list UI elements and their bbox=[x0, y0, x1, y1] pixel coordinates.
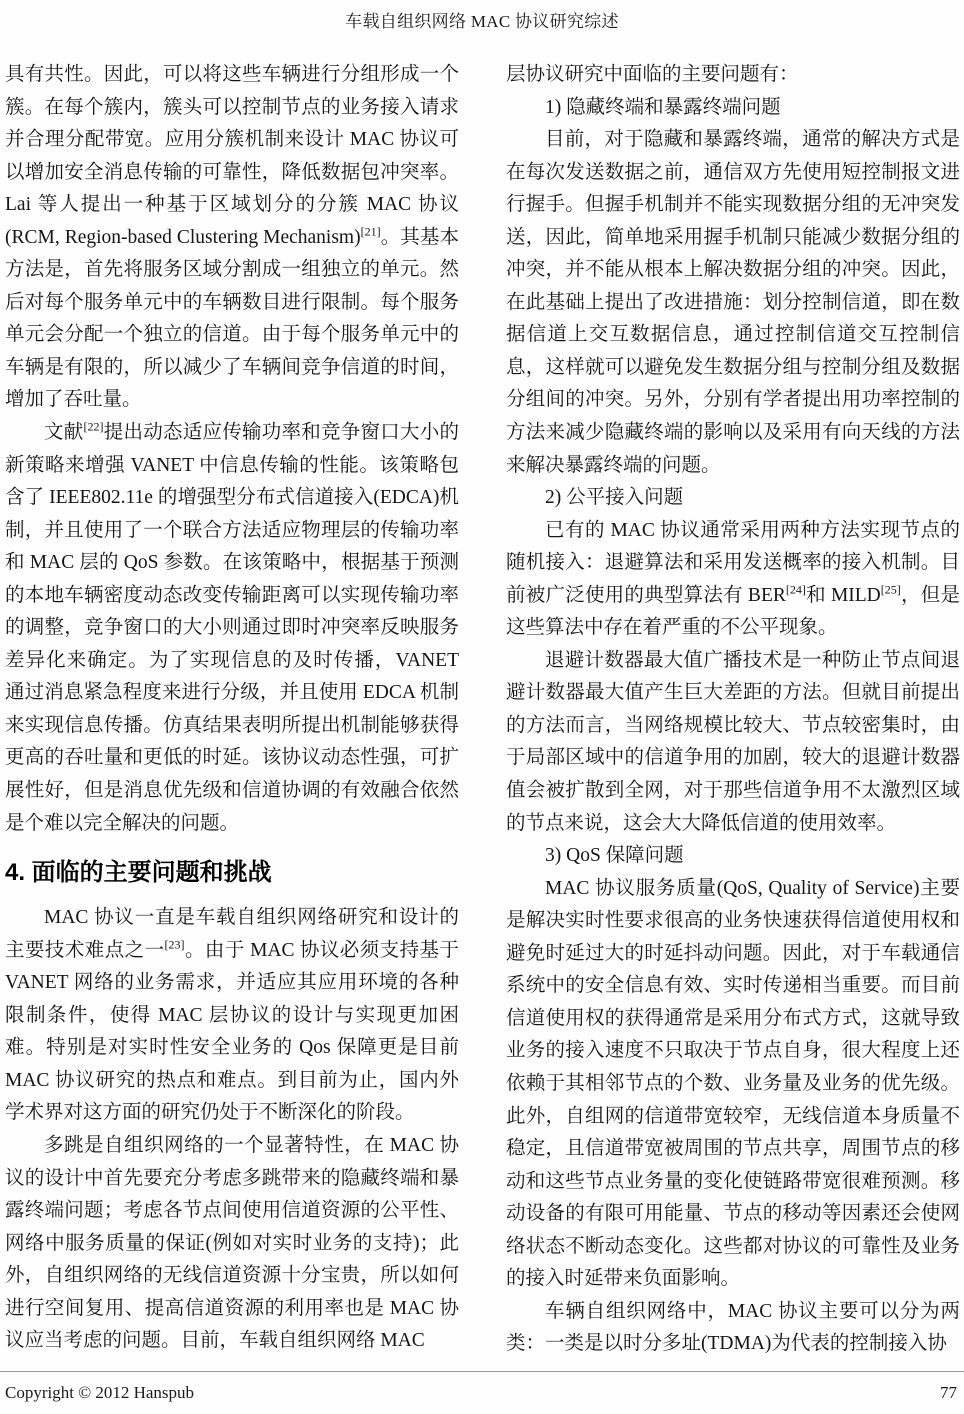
copyright-text: Copyright © 2012 Hanspub bbox=[5, 1383, 194, 1403]
paragraph: 多跳是自组织网络的一个显著特性，在 MAC 协议的设计中首先要充分考虑多跳带来的… bbox=[5, 1130, 459, 1358]
text-run: 具有共性。因此，可以将这些车辆进行分组形成一个簇。在每个簇内，簇头可以控制节点的… bbox=[5, 64, 459, 248]
citation-ref: [21] bbox=[361, 224, 381, 238]
paragraph: 层协议研究中面临的主要问题有： bbox=[506, 59, 960, 92]
paragraph: 退避计数器最大值广播技术是一种防止节点间退避计数器最大值产生巨大差距的方法。但就… bbox=[506, 645, 960, 840]
paragraph: 2) 公平接入问题 bbox=[506, 482, 960, 515]
paragraph: 车辆自组织网络中，MAC 协议主要可以分为两类：一类是以时分多址(TDMA)为代… bbox=[506, 1296, 960, 1361]
text-run: 提出动态适应传输功率和竞争窗口大小的新策略来增强 VANET 中信息传输的性能。… bbox=[5, 422, 459, 834]
paragraph: MAC 协议一直是车载自组织网络研究和设计的主要技术难点之一[23]。由于 MA… bbox=[5, 902, 459, 1130]
paper-page: 车载自组织网络 MAC 协议研究综述 具有共性。因此，可以将这些车辆进行分组形成… bbox=[0, 0, 964, 1414]
text-run: 和 MILD bbox=[806, 585, 881, 606]
text-run: 层协议研究中面临的主要问题有： bbox=[506, 64, 799, 85]
text-run: 。由于 MAC 协议必须支持基于 VANET 网络的业务需求，并适应其应用环境的… bbox=[5, 940, 459, 1124]
paragraph: 目前，对于隐藏和暴露终端，通常的解决方式是在每次发送数据之前，通信双方先使用短控… bbox=[506, 124, 960, 482]
citation-ref: [23] bbox=[165, 937, 185, 951]
citation-ref: [22] bbox=[84, 420, 104, 434]
page-footer: Copyright © 2012 Hanspub 77 bbox=[0, 1371, 964, 1403]
citation-ref: [25] bbox=[881, 582, 901, 596]
two-column-body: 具有共性。因此，可以将这些车辆进行分组形成一个簇。在每个簇内，簇头可以控制节点的… bbox=[5, 59, 960, 1361]
text-run: 多跳是自组织网络的一个显著特性，在 MAC 协议的设计中首先要充分考虑多跳带来的… bbox=[5, 1135, 459, 1351]
text-run: 目前，对于隐藏和暴露终端，通常的解决方式是在每次发送数据之前，通信双方先使用短控… bbox=[506, 129, 960, 475]
paragraph: 1) 隐藏终端和暴露终端问题 bbox=[506, 92, 960, 125]
text-run: 4. 面临的主要问题和挑战 bbox=[5, 859, 272, 886]
paragraph: 3) QoS 保障问题 bbox=[506, 840, 960, 873]
text-run: 文献 bbox=[44, 422, 84, 443]
text-run: 2) 公平接入问题 bbox=[545, 487, 683, 508]
citation-ref: [24] bbox=[786, 582, 806, 596]
page-number: 77 bbox=[940, 1383, 957, 1403]
left-column: 具有共性。因此，可以将这些车辆进行分组形成一个簇。在每个簇内，簇头可以控制节点的… bbox=[5, 59, 459, 1361]
text-run: 退避计数器最大值广播技术是一种防止节点间退避计数器最大值产生巨大差距的方法。但就… bbox=[506, 650, 960, 834]
section-heading: 4. 面临的主要问题和挑战 bbox=[5, 857, 459, 888]
text-run: 。其基本方法是，首先将服务区域分割成一组独立的单元。然后对每个服务单元中的车辆数… bbox=[5, 227, 459, 411]
paragraph: 具有共性。因此，可以将这些车辆进行分组形成一个簇。在每个簇内，簇头可以控制节点的… bbox=[5, 59, 459, 417]
text-run: 3) QoS 保障问题 bbox=[545, 845, 684, 866]
text-run: 1) 隐藏终端和暴露终端问题 bbox=[545, 97, 781, 118]
paragraph: 已有的 MAC 协议通常采用两种方法实现节点的随机接入：退避算法和采用发送概率的… bbox=[506, 515, 960, 645]
paragraph: MAC 协议服务质量(QoS, Quality of Service)主要是解决… bbox=[506, 873, 960, 1296]
text-run: 车辆自组织网络中，MAC 协议主要可以分为两类：一类是以时分多址(TDMA)为代… bbox=[506, 1301, 960, 1355]
paragraph: 文献[22]提出动态适应传输功率和竞争窗口大小的新策略来增强 VANET 中信息… bbox=[5, 417, 459, 840]
running-head-title: 车载自组织网络 MAC 协议研究综述 bbox=[0, 0, 964, 32]
text-run: MAC 协议服务质量(QoS, Quality of Service)主要是解决… bbox=[506, 878, 960, 1290]
right-column: 层协议研究中面临的主要问题有：1) 隐藏终端和暴露终端问题目前，对于隐藏和暴露终… bbox=[506, 59, 960, 1361]
